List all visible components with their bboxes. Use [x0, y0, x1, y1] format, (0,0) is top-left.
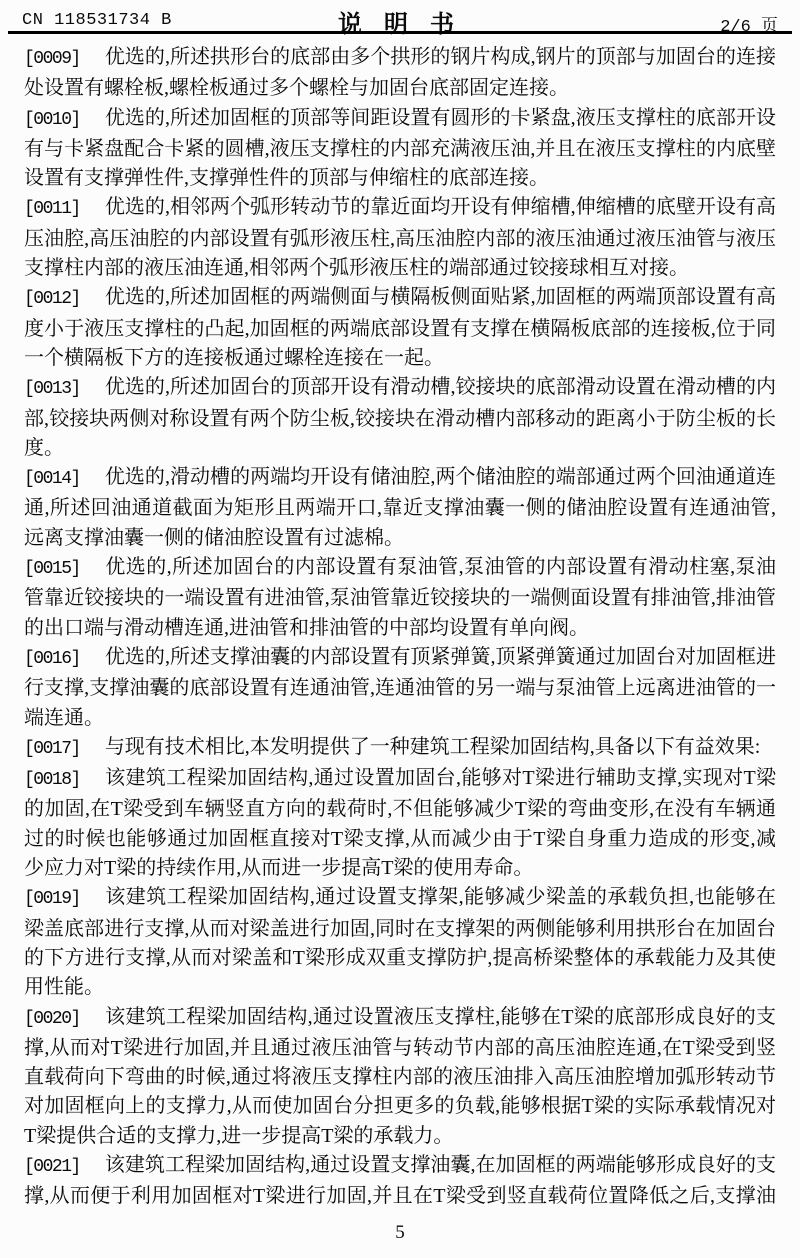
paragraph-number: [0011]: [24, 199, 80, 219]
paragraph: [0017]与现有技术相比,本发明提供了一种建筑工程梁加固结构,具备以下有益效果…: [24, 733, 776, 764]
paragraph-text: 优选的,所述加固框的两端侧面与横隔板侧面贴紧,加固框的两端顶部设置有高度小于液压…: [24, 286, 776, 369]
paragraph-number: [0009]: [24, 49, 80, 69]
paragraph: [0010]优选的,所述加固框的顶部等间距设置有圆形的卡紧盘,液压支撑柱的底部开…: [24, 104, 776, 194]
paragraph-number: [0018]: [24, 770, 80, 790]
paragraph-number: [0021]: [24, 1157, 80, 1177]
page-number: 5: [395, 1222, 405, 1243]
paragraph-number: [0014]: [24, 469, 80, 489]
paragraph-text: 该建筑工程梁加固结构,通过设置支撑架,能够减少梁盖的承载负担,也能够在梁盖底部进…: [24, 886, 776, 998]
page-footer: 5: [0, 1222, 800, 1244]
paragraph-number: [0012]: [24, 289, 80, 309]
paragraph-text: 优选的,所述拱形台的底部由多个拱形的钢片构成,钢片的顶部与加固台的连接处设置有螺…: [24, 46, 776, 99]
paragraph: [0021]该建筑工程梁加固结构,通过设置支撑油囊,在加固框的两端能够形成良好的…: [24, 1151, 776, 1208]
paragraph-text: 与现有技术相比,本发明提供了一种建筑工程梁加固结构,具备以下有益效果:: [105, 736, 761, 758]
paragraph-number: [0019]: [24, 889, 80, 909]
description-body: [0009]优选的,所述拱形台的底部由多个拱形的钢片构成,钢片的顶部与加固台的连…: [24, 43, 776, 1208]
paragraph-number: [0013]: [24, 379, 80, 399]
paragraph: [0018]该建筑工程梁加固结构,通过设置加固台,能够对T梁进行辅助支撑,实现对…: [24, 764, 776, 883]
header-divider: [8, 31, 792, 34]
paragraph-text: 优选的,滑动槽的两端均开设有储油腔,两个储油腔的端部通过两个回油通道连通,所述回…: [24, 466, 776, 549]
paragraph: [0011]优选的,相邻两个弧形转动节的靠近面均开设有伸缩槽,伸缩槽的底壁开设有…: [24, 193, 776, 283]
paragraph: [0013]优选的,所述加固台的顶部开设有滑动槽,铰接块的底部滑动设置在滑动槽的…: [24, 373, 776, 463]
paragraph-text: 优选的,所述加固框的顶部等间距设置有圆形的卡紧盘,液压支撑柱的底部开设有与卡紧盘…: [24, 107, 776, 190]
paragraph-number: [0020]: [24, 1009, 80, 1029]
paragraph-text: 优选的,相邻两个弧形转动节的靠近面均开设有伸缩槽,伸缩槽的底壁开设有高压油腔,高…: [24, 196, 776, 279]
paragraph-number: [0015]: [24, 559, 80, 579]
patent-description-page: CN 118531734 B 说 明 书 2/6 页 [0009]优选的,所述拱…: [0, 0, 800, 1258]
paragraph-number: [0010]: [24, 110, 80, 130]
paragraph: [0012]优选的,所述加固框的两端侧面与横隔板侧面贴紧,加固框的两端顶部设置有…: [24, 283, 776, 373]
paragraph: [0009]优选的,所述拱形台的底部由多个拱形的钢片构成,钢片的顶部与加固台的连…: [24, 43, 776, 104]
paragraph-text: 优选的,所述支撑油囊的内部设置有顶紧弹簧,顶紧弹簧通过加固台对加固框进行支撑,支…: [24, 646, 776, 729]
paragraph-number: [0016]: [24, 649, 80, 669]
paragraph-text: 该建筑工程梁加固结构,通过设置液压支撑柱,能够在T梁的底部形成良好的支撑,从而对…: [24, 1006, 776, 1147]
paragraph-text: 优选的,所述加固台的内部设置有泵油管,泵油管的内部设置有滑动柱塞,泵油管靠近铰接…: [24, 556, 776, 639]
paragraph-text: 该建筑工程梁加固结构,通过设置加固台,能够对T梁进行辅助支撑,实现对T梁的加固,…: [24, 767, 776, 879]
paragraph-text: 该建筑工程梁加固结构,通过设置支撑油囊,在加固框的两端能够形成良好的支撑,从而便…: [24, 1154, 776, 1208]
paragraph-text: 优选的,所述加固台的顶部开设有滑动槽,铰接块的底部滑动设置在滑动槽的内部,铰接块…: [24, 376, 776, 459]
paragraph: [0016]优选的,所述支撑油囊的内部设置有顶紧弹簧,顶紧弹簧通过加固台对加固框…: [24, 643, 776, 733]
paragraph-number: [0017]: [24, 739, 80, 759]
paragraph: [0019]该建筑工程梁加固结构,通过设置支撑架,能够减少梁盖的承载负担,也能够…: [24, 883, 776, 1002]
paragraph: [0015]优选的,所述加固台的内部设置有泵油管,泵油管的内部设置有滑动柱塞,泵…: [24, 553, 776, 643]
paragraph: [0020]该建筑工程梁加固结构,通过设置液压支撑柱,能够在T梁的底部形成良好的…: [24, 1003, 776, 1151]
page-header: CN 118531734 B 说 明 书 2/6 页: [0, 0, 800, 34]
paragraph: [0014]优选的,滑动槽的两端均开设有储油腔,两个储油腔的端部通过两个回油通道…: [24, 463, 776, 553]
